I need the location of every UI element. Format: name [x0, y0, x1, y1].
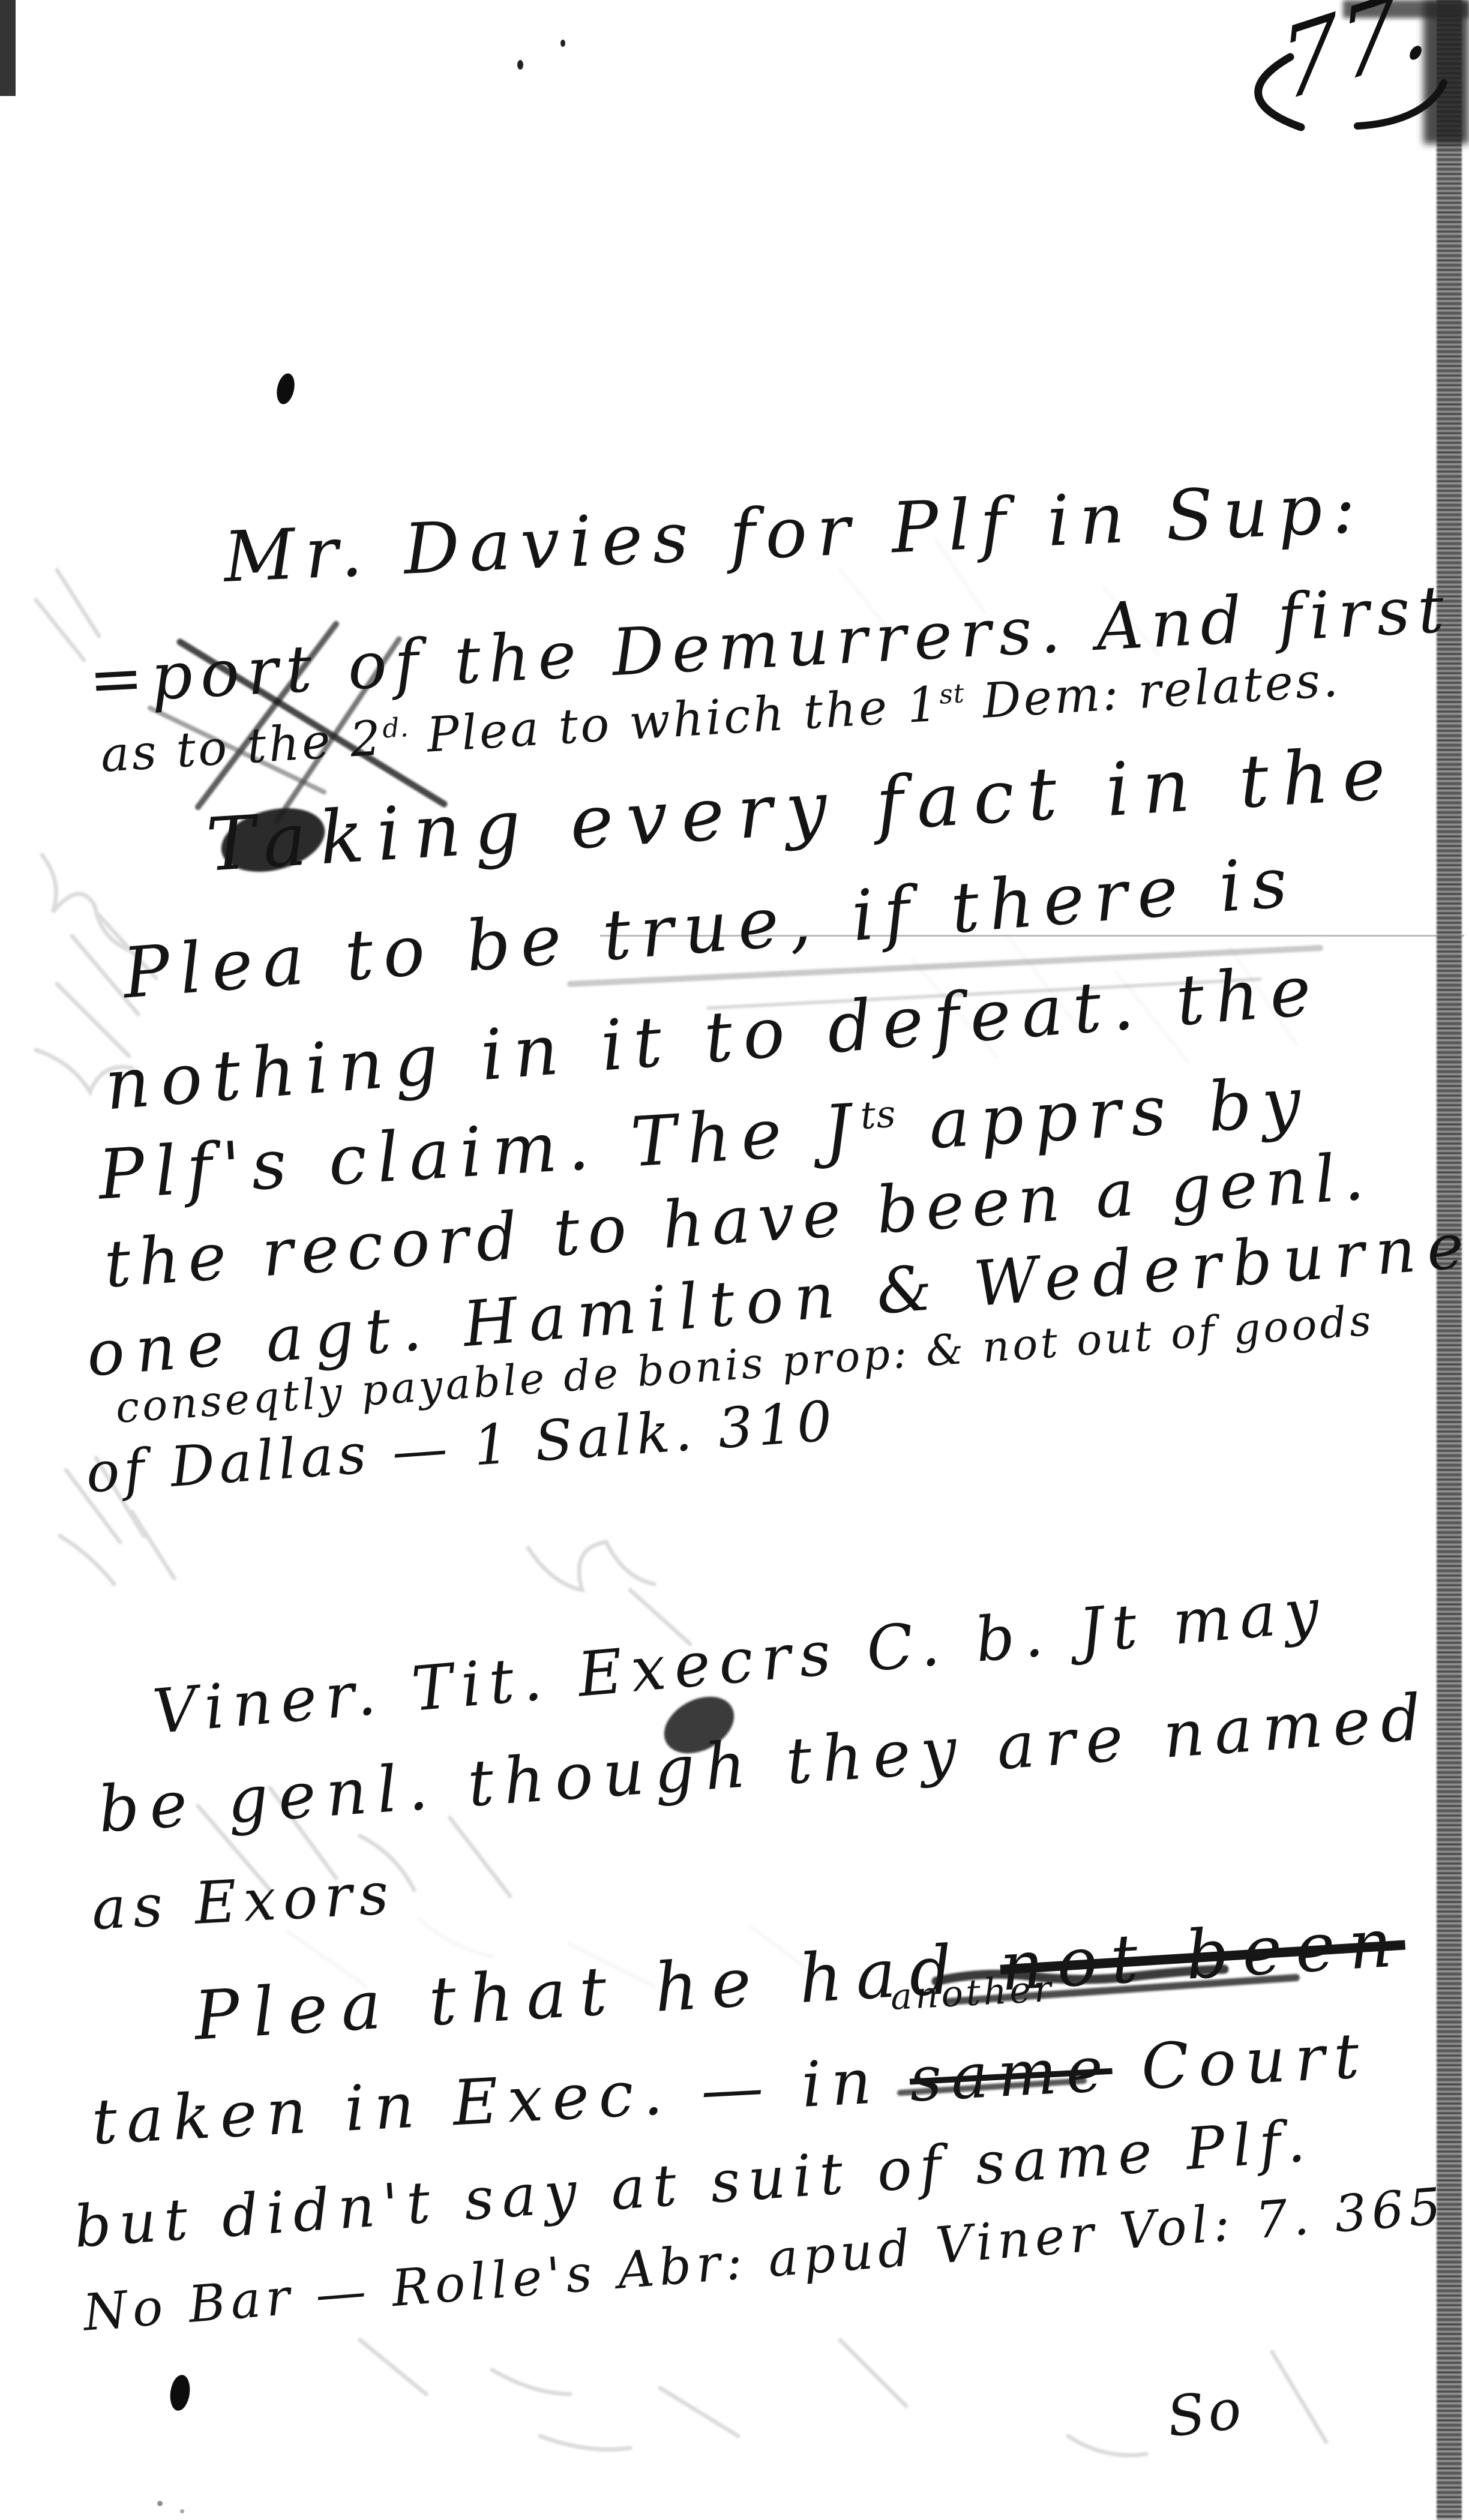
superscript: st: [939, 678, 966, 710]
line-text: as to the 2: [99, 710, 385, 783]
handwritten-line-1: Mr. Davies for Plf in Sup:: [222, 467, 1367, 598]
ink-speck: [560, 40, 565, 47]
line-text: Court: [1110, 2019, 1370, 2105]
line-text: Plea that he had: [192, 1928, 1003, 2056]
handwritten-line-14: as Exors: [90, 1859, 397, 1942]
struck-out-text: not been: [998, 1904, 1407, 2006]
ink-speck: [517, 60, 523, 70]
line-text: taken in Exec. — in: [90, 2043, 912, 2159]
interlinear-insertion: another: [889, 1968, 1055, 2018]
ink-blot: [168, 2374, 192, 2412]
top-left-corner-mark: [0, 0, 16, 96]
ink-blot: [274, 372, 297, 406]
page-number: 77.: [1277, 0, 1434, 124]
ink-speck: [180, 2509, 184, 2513]
ink-speck: [157, 2501, 163, 2506]
manuscript-page: 77.: [0, 0, 1469, 2520]
superscript: ts: [859, 1092, 898, 1138]
struck-out-text: same: [908, 2032, 1114, 2116]
catchword: So: [1164, 2377, 1248, 2450]
superscript: d.: [382, 712, 410, 745]
